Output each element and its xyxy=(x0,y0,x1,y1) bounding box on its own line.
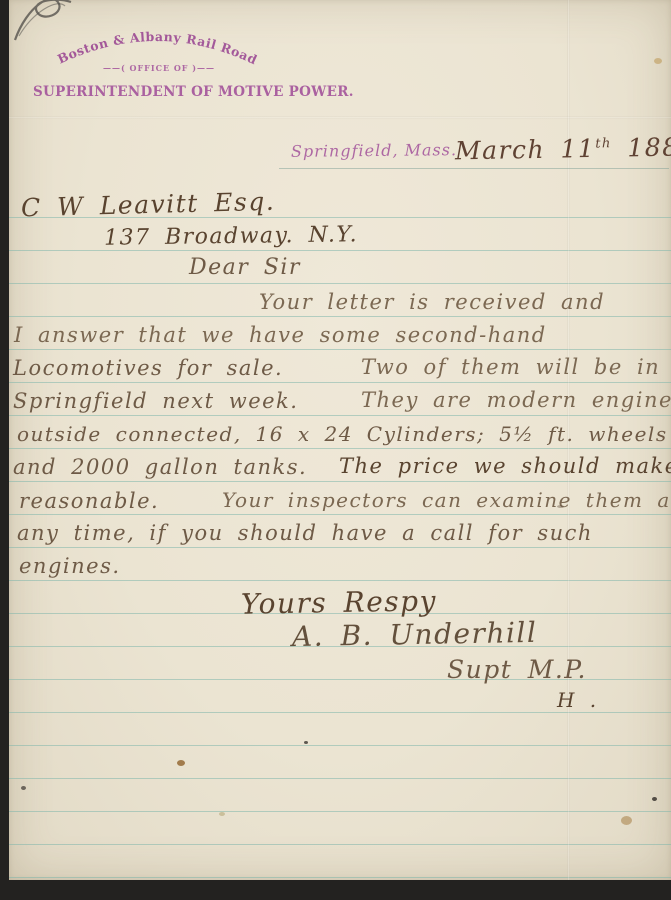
body-line-7-left: reasonable. xyxy=(19,489,159,513)
signature-title: Supt M.P. xyxy=(447,655,587,684)
body-line-2: I answer that we have some second-hand xyxy=(14,323,547,347)
letterhead-title: SUPERINTENDENT OF MOTIVE POWER. xyxy=(33,84,354,100)
date-month-day: March 11 xyxy=(455,134,596,165)
body-line-7-right: Your inspectors can examine them at xyxy=(222,488,671,512)
body-line-4-right: They are modern engines, xyxy=(361,388,671,412)
stain-spot xyxy=(177,760,185,766)
body-line-1: Your letter is received and xyxy=(259,290,605,314)
body-line-6-left: and 2000 gallon tanks. xyxy=(13,455,307,479)
body-line-4-left: Springfield next week. xyxy=(13,389,298,413)
dateline-rule xyxy=(279,168,669,169)
ruled-lines xyxy=(9,217,671,878)
salutation: Dear Sir xyxy=(189,255,301,280)
stain-spot xyxy=(21,786,26,790)
stain-spot xyxy=(219,812,225,816)
signature-name: A. B. Underhill xyxy=(292,616,538,653)
body-line-8: any time, if you should have a call for … xyxy=(17,521,593,545)
stain-spot xyxy=(304,741,308,744)
date-year: 1882 . xyxy=(612,132,671,163)
date-ordinal: th xyxy=(595,136,612,151)
letter-page: Boston & Albany Rail Road Co. ——( OFFICE… xyxy=(9,0,671,880)
body-line-3-right: Two of them will be in xyxy=(361,355,660,379)
recipient-address: 137 Broadway. N.Y. xyxy=(104,222,358,251)
body-line-6-right: The price we should make xyxy=(339,454,671,478)
dateline-place: Springfield, Mass. xyxy=(291,140,457,161)
signature-closing: Yours Respy xyxy=(241,584,437,620)
body-line-5: outside connected, 16 x 24 Cylinders; 5½… xyxy=(17,422,668,446)
stain-spot xyxy=(654,58,662,64)
horizontal-fold-crease xyxy=(9,116,671,119)
stain-spot xyxy=(557,505,564,508)
letterhead-office-line: ——( OFFICE OF )—— xyxy=(79,63,239,73)
body-line-3-left: Locomotives for sale. xyxy=(13,356,283,380)
scanned-letter-photo: Boston & Albany Rail Road Co. ——( OFFICE… xyxy=(0,0,671,900)
body-line-9: engines. xyxy=(19,554,121,578)
signature-initial: H . xyxy=(557,688,598,712)
stain-spot xyxy=(621,816,632,825)
stain-spot xyxy=(652,797,657,801)
dateline-date: March 11th 1882 . xyxy=(455,132,671,166)
